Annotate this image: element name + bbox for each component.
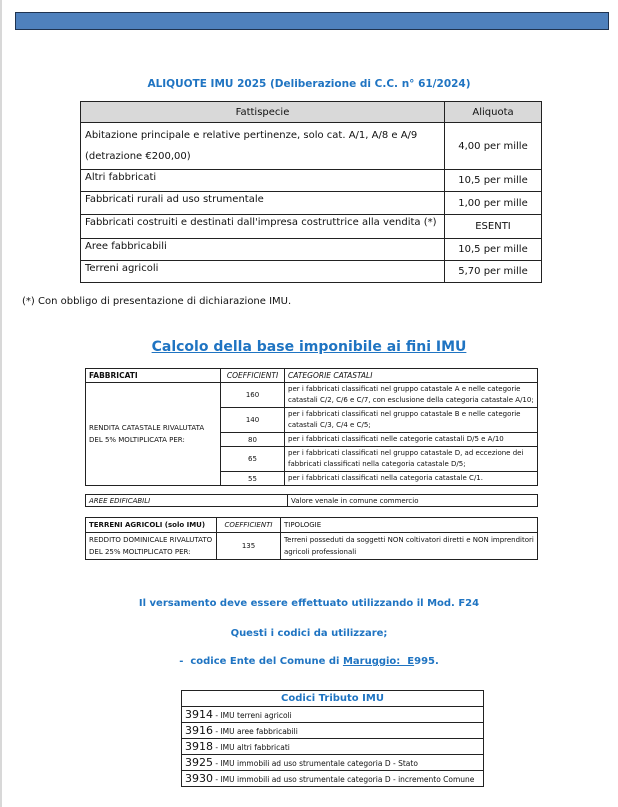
category-desc: per i fabbricati classificati nella cate…	[285, 472, 538, 486]
row-label: Terreni agricoli	[81, 261, 445, 283]
table-row: Fabbricati costruiti e destinati dall'im…	[81, 215, 542, 239]
row-label: Abitazione principale e relative pertine…	[81, 123, 445, 170]
row-value: ESENTI	[445, 215, 542, 239]
codice-ente-prefix: - codice Ente del Comune di	[179, 656, 343, 667]
row-value: 4,00 per mille	[445, 123, 542, 170]
category-desc: per i fabbricati classificati nel gruppo…	[285, 383, 538, 408]
aliquote-table: Fattispecie Aliquota Abitazione principa…	[80, 101, 542, 283]
table-row: 3914 - IMU terreni agricoli	[182, 707, 484, 723]
header-aliquota: Aliquota	[445, 102, 542, 123]
codice-ente: - codice Ente del Comune di Maruggio: E9…	[0, 656, 618, 667]
header-coefficienti: COEFFICIENTI	[221, 369, 285, 383]
tributo-code: 3916	[185, 724, 213, 737]
row-label: Aree fabbricabili	[81, 239, 445, 261]
versamento-info: Il versamento deve essere effettuato uti…	[0, 598, 618, 609]
table-row: Fabbricati rurali ad uso strumentale 1,0…	[81, 192, 542, 215]
tributo-code: 3918	[185, 740, 213, 753]
row-value: 1,00 per mille	[445, 192, 542, 215]
codici-title: Codici Tributo IMU	[182, 691, 484, 707]
table-header-row: FABBRICATI COEFFICIENTI CATEGORIE CATAST…	[86, 369, 538, 383]
category-desc: per i fabbricati classificati nelle cate…	[285, 433, 538, 447]
footnote: (*) Con obbligo di presentazione di dich…	[22, 296, 291, 307]
table-row: 3925 - IMU immobili ad uso strumentale c…	[182, 755, 484, 771]
comune-link[interactable]: Maruggio: E	[343, 656, 414, 667]
coef-value: 65	[221, 447, 285, 472]
tipologia-desc: Terreni posseduti da soggetti NON coltiv…	[281, 533, 538, 560]
category-desc: per i fabbricati classificati nel gruppo…	[285, 408, 538, 433]
table-header-row: TERRENI AGRICOLI (solo IMU) COEFFICIENTI…	[86, 518, 538, 533]
aree-table: AREE EDIFICABILI Valore venale in comune…	[85, 494, 538, 507]
header-fattispecie: Fattispecie	[81, 102, 445, 123]
tributo-desc: - IMU immobili ad uso strumentale catego…	[213, 759, 418, 768]
row-label: Altri fabbricati	[81, 170, 445, 192]
table-row: RENDITA CATASTALE RIVALUTATA DEL 5% MOLT…	[86, 383, 538, 408]
row-value: 10,5 per mille	[445, 170, 542, 192]
row-value: 5,70 per mille	[445, 261, 542, 283]
table-row: Altri fabbricati 10,5 per mille	[81, 170, 542, 192]
coef-value: 80	[221, 433, 285, 447]
codici-tributo-table: Codici Tributo IMU 3914 - IMU terreni ag…	[181, 690, 484, 787]
aliquote-title: ALIQUOTE IMU 2025 (Deliberazione di C.C.…	[0, 78, 618, 90]
header-banner	[15, 12, 609, 30]
page-edge	[0, 0, 2, 807]
table-row: 3930 - IMU immobili ad uso strumentale c…	[182, 771, 484, 787]
table-header-row: Codici Tributo IMU	[182, 691, 484, 707]
header-tipologie: TIPOLOGIE	[281, 518, 538, 533]
table-row: Abitazione principale e relative pertine…	[81, 123, 542, 170]
tributo-code: 3925	[185, 756, 213, 769]
tributo-code: 3930	[185, 772, 213, 785]
table-header-row: Fattispecie Aliquota	[81, 102, 542, 123]
coef-value: 160	[221, 383, 285, 408]
header-coefficienti: COEFFICIENTI	[217, 518, 281, 533]
row-label: Fabbricati rurali ad uso strumentale	[81, 192, 445, 215]
header-categorie: CATEGORIE CATASTALI	[285, 369, 538, 383]
aree-label: AREE EDIFICABILI	[86, 495, 288, 507]
table-row: Terreni agricoli 5,70 per mille	[81, 261, 542, 283]
tributo-desc: - IMU terreni agricoli	[213, 711, 292, 720]
coef-value: 135	[217, 533, 281, 560]
table-row: AREE EDIFICABILI Valore venale in comune…	[86, 495, 538, 507]
aree-value: Valore venale in comune commercio	[288, 495, 538, 507]
category-desc: per i fabbricati classificati nel gruppo…	[285, 447, 538, 472]
header-fabbricati: FABBRICATI	[86, 369, 221, 383]
tributo-desc: - IMU immobili ad uso strumentale catego…	[213, 775, 474, 784]
row-label: Fabbricati costruiti e destinati dall'im…	[81, 215, 445, 239]
coef-value: 140	[221, 408, 285, 433]
codice-ente-suffix: 995.	[414, 656, 439, 667]
row-value: 10,5 per mille	[445, 239, 542, 261]
terreni-table: TERRENI AGRICOLI (solo IMU) COEFFICIENTI…	[85, 517, 538, 560]
table-row: REDDITO DOMINICALE RIVALUTATO DEL 25% MO…	[86, 533, 538, 560]
header-terreni: TERRENI AGRICOLI (solo IMU)	[86, 518, 217, 533]
reddito-label: REDDITO DOMINICALE RIVALUTATO DEL 25% MO…	[86, 533, 217, 560]
calcolo-title: Calcolo della base imponibile ai fini IM…	[0, 339, 618, 355]
tributo-code: 3914	[185, 708, 213, 721]
tributo-desc: - IMU aree fabbricabili	[213, 727, 298, 736]
fabbricati-table: FABBRICATI COEFFICIENTI CATEGORIE CATAST…	[85, 368, 538, 486]
table-row: Aree fabbricabili 10,5 per mille	[81, 239, 542, 261]
coef-value: 55	[221, 472, 285, 486]
table-row: 3918 - IMU altri fabbricati	[182, 739, 484, 755]
rendita-label: RENDITA CATASTALE RIVALUTATA DEL 5% MOLT…	[86, 383, 221, 486]
codici-intro: Questi i codici da utilizzare;	[0, 628, 618, 639]
table-row: 3916 - IMU aree fabbricabili	[182, 723, 484, 739]
tributo-desc: - IMU altri fabbricati	[213, 743, 290, 752]
